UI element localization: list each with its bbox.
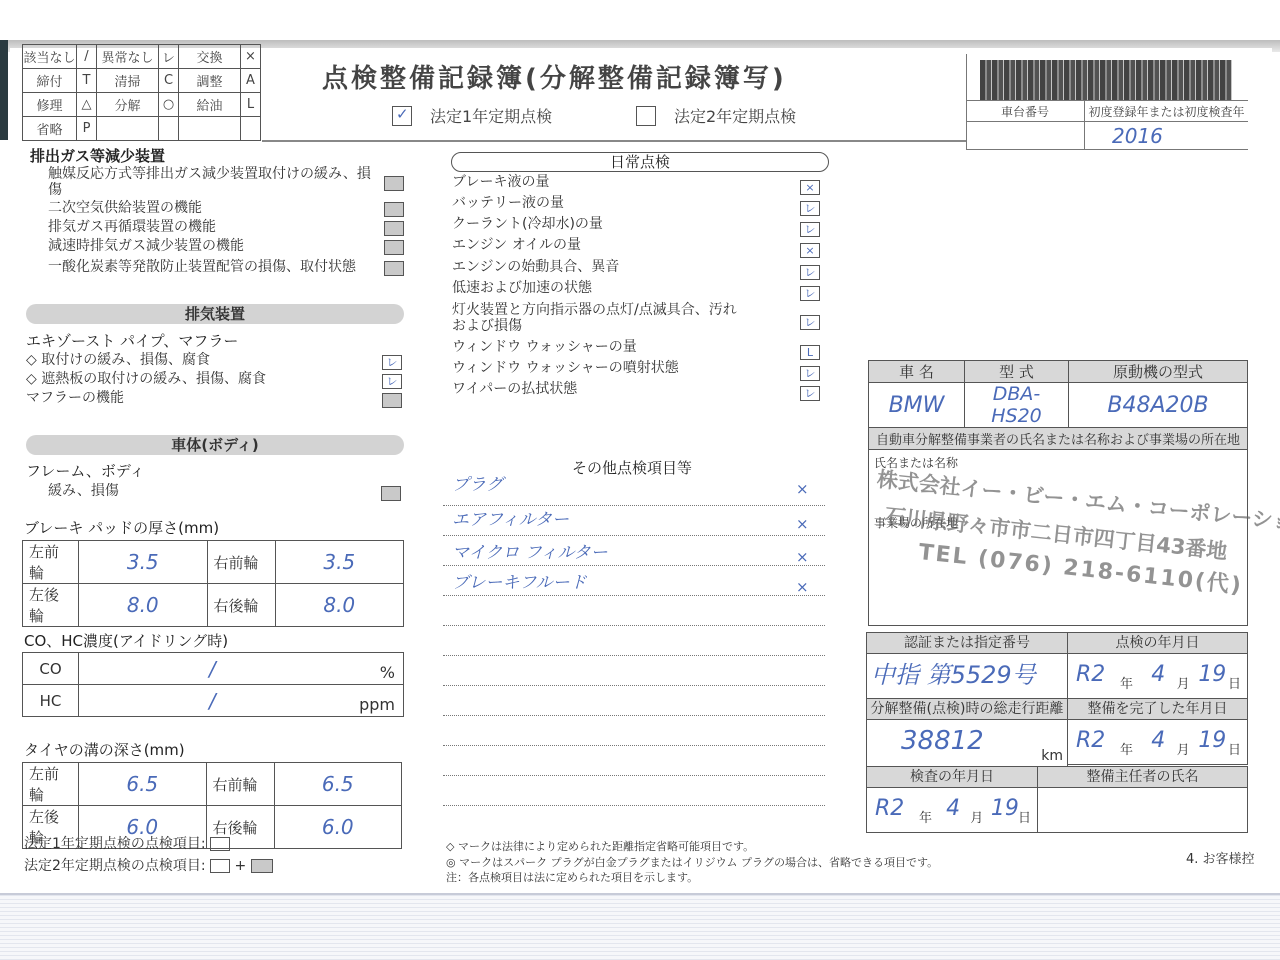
other-item-mark[interactable]: × <box>796 578 809 596</box>
wheel-value[interactable]: 3.5 <box>79 541 208 584</box>
wheel-label: 左前輪 <box>23 763 79 806</box>
other-item-mark[interactable]: × <box>796 548 809 566</box>
complete-date-cell: R2年4月19日 <box>1067 719 1248 765</box>
chassis-number-label: 車台番号 <box>966 100 1084 122</box>
legend-mark: P <box>77 117 97 141</box>
emission-item-box[interactable] <box>384 176 404 191</box>
mileage-value[interactable]: 38812 <box>901 726 984 756</box>
daily-item: ウィンドウ ウォッシャーの量 <box>452 339 637 355</box>
legend-mark: レ <box>159 45 179 69</box>
wheel-value[interactable]: 8.0 <box>79 584 208 627</box>
daily-item-box[interactable]: L <box>800 345 820 360</box>
emission-item-box[interactable] <box>384 221 404 236</box>
divider <box>1084 122 1085 150</box>
wheel-value[interactable]: 6.5 <box>79 763 207 806</box>
wheel-value[interactable]: 6.0 <box>274 806 402 849</box>
footnote: ◎ マークはスパーク プラグが白金プラグまたはイリジウム プラグの場合は、省略で… <box>446 854 938 870</box>
exhaust-sub: エキゾースト パイプ、マフラー <box>26 333 238 349</box>
daily-item: エンジン オイルの量 <box>452 237 581 253</box>
complete-date-label: 整備を完了した年月日 <box>1067 698 1248 720</box>
legend-row: 該当なし/異常なしレ交換× <box>23 45 261 69</box>
daily-item-box[interactable]: レ <box>800 201 820 216</box>
date-era[interactable]: R2 <box>1076 662 1105 687</box>
engine-label: 原動機の型式 <box>1069 361 1248 383</box>
body-item-box[interactable] <box>381 486 401 501</box>
daily-item-box[interactable]: レ <box>800 386 820 401</box>
date-month[interactable]: 4 <box>1151 662 1165 687</box>
other-item[interactable]: エアフィルター <box>452 505 569 530</box>
brake_pad-row: 左後輪8.0右後輪8.0 <box>23 584 404 627</box>
co-hc-heading: CO、HC濃度(アイドリング時) <box>24 630 228 651</box>
legend-mark <box>241 117 261 141</box>
emission-item-box[interactable] <box>384 202 404 217</box>
month-suffix: 月 <box>1177 673 1190 692</box>
day-suffix: 日 <box>1228 739 1241 758</box>
wheel-label: 左後輪 <box>23 584 79 627</box>
emission-heading: 排出ガス等減少装置 <box>30 145 165 166</box>
legend-mark: A <box>241 69 261 93</box>
date-day[interactable]: 19 <box>991 796 1019 821</box>
daily-item: ウィンドウ ウォッシャーの噴射状態 <box>452 360 679 376</box>
legend-row: 省略P <box>23 117 261 141</box>
daily-item: 灯火装置と方向指示器の点灯/点滅具合、汚れおよび損傷 <box>452 302 742 334</box>
model-value: DBA-HS20 <box>965 383 1069 428</box>
emission-item: 触媒反応方式等排出ガス減少装置取付けの緩み、損傷 <box>48 166 378 198</box>
co-hc-row: HC/ppm <box>23 685 404 717</box>
gas-label: HC <box>23 685 79 717</box>
daily-item-box[interactable]: × <box>800 180 820 195</box>
legend-label: 調整 <box>179 69 241 93</box>
type-1year-checkbox[interactable]: ✓ <box>392 106 412 126</box>
dotted-line <box>443 595 825 596</box>
exam-date-label: 検査の年月日 <box>866 766 1038 788</box>
month-suffix: 月 <box>1177 739 1190 758</box>
legend-label: 締付 <box>23 69 77 93</box>
wheel-label: 左前輪 <box>23 541 79 584</box>
daily-item-box[interactable]: レ <box>800 366 820 381</box>
emission-item-box[interactable] <box>384 261 404 276</box>
wheel-value[interactable]: 3.5 <box>275 541 404 584</box>
daily-item: ブレーキ液の量 <box>452 174 549 190</box>
exhaust-item: ◇ 取付けの緩み、損傷、腐食 <box>26 352 210 368</box>
legend-label <box>97 117 159 141</box>
mileage-label: 分解整備(点検)時の総走行距離 <box>866 698 1068 720</box>
daily-item: 低速および加速の状態 <box>452 280 592 296</box>
daily-item-box[interactable]: レ <box>800 286 820 301</box>
date-month[interactable]: 4 <box>1151 728 1165 753</box>
other-item[interactable]: プラグ <box>452 470 503 495</box>
page-title: 点検整備記録簿(分解整備記録簿写) <box>322 58 787 95</box>
header-divider <box>262 140 966 142</box>
copy-label: 4. お客様控 <box>1186 848 1255 867</box>
brake_pad-row: 左前輪3.5右前輪3.5 <box>23 541 404 584</box>
cert-value: 中指 第5529号 <box>866 653 1068 699</box>
tire-row: 左前輪6.5右前輪6.5 <box>23 763 402 806</box>
legend-mark: T <box>77 69 97 93</box>
footnote: 注：各点検項目は法に定められた項目を示します。 <box>446 869 698 885</box>
mark-legend-table: 該当なし/異常なしレ交換×締付T清掃C調整A修理△分解○給油L省略P <box>22 44 261 141</box>
other-item-mark[interactable]: × <box>796 480 809 498</box>
wheel-label: 右前輪 <box>207 541 275 584</box>
other-item[interactable]: マイクロ フィルター <box>452 538 608 563</box>
legend-label: 省略 <box>23 117 77 141</box>
emission-item: 排気ガス再循環装置の機能 <box>48 219 216 235</box>
gas-unit: ppm <box>359 695 395 714</box>
vehicle-name-label: 車 名 <box>869 361 965 383</box>
body-heading: 車体(ボディ) <box>26 435 404 455</box>
gas-value: / <box>209 689 216 713</box>
dotted-line <box>443 655 825 656</box>
dotted-line <box>443 685 825 686</box>
tire-heading: タイヤの溝の深さ(mm) <box>24 739 185 760</box>
inspect-date-cell: R2年4月19日 <box>1067 653 1248 699</box>
gas-value-cell[interactable]: /% <box>79 653 404 685</box>
exhaust-item: マフラーの機能 <box>26 390 124 406</box>
dotted-line <box>443 715 825 716</box>
legend-row: 修理△分解○給油L <box>23 93 261 117</box>
dotted-line <box>443 535 825 536</box>
daily-item-box[interactable]: レ <box>800 315 820 330</box>
date-day[interactable]: 19 <box>1198 728 1226 753</box>
legend-label: 修理 <box>23 93 77 117</box>
vehicle-name-value: BMW <box>869 383 965 428</box>
gas-value-cell[interactable]: /ppm <box>79 685 404 717</box>
date-era[interactable]: R2 <box>875 796 904 821</box>
type-1year-label: 法定1年定期点検 <box>430 104 552 127</box>
legend-label <box>179 117 241 141</box>
type-2year[interactable]: 法定2年定期点検 <box>636 104 796 127</box>
date-era[interactable]: R2 <box>1076 728 1105 753</box>
legend-label: 給油 <box>179 93 241 117</box>
daily-item: クーラント(冷却水)の量 <box>452 216 603 232</box>
white-box-icon <box>210 837 230 851</box>
legend-mark: △ <box>77 93 97 117</box>
legend-mark: L <box>241 93 261 117</box>
daily-item: ワイパーの払拭状態 <box>452 381 577 397</box>
first-registration-value: 2016 <box>1112 124 1163 148</box>
chief-value <box>1037 787 1248 833</box>
legend-mark: × <box>241 45 261 69</box>
type-2year-checkbox[interactable] <box>636 106 656 126</box>
footnote: ◇ マークは法律により定められた距離指定省略可能項目です。 <box>446 838 754 854</box>
first-registration-label: 初度登録年または初度検査年 <box>1084 100 1248 122</box>
emission-item: 二次空気供給装置の機能 <box>48 200 202 216</box>
model-label: 型 式 <box>965 361 1069 383</box>
body-sub: フレーム、ボディ <box>26 463 145 479</box>
day-suffix: 日 <box>1018 807 1031 826</box>
year-suffix: 年 <box>1120 739 1133 758</box>
year-suffix: 年 <box>1120 673 1133 692</box>
month-suffix: 月 <box>970 807 983 826</box>
gas-label: CO <box>23 653 79 685</box>
dotted-line <box>443 505 825 506</box>
emission-item: 一酸化炭素等発散防止装置配管の損傷、取付状態 <box>48 259 356 275</box>
scan-bottom-noise <box>0 895 1280 960</box>
type-2year-label: 法定2年定期点検 <box>674 104 796 127</box>
exam-date-cell: R2年4月19日 <box>866 787 1038 833</box>
dotted-line <box>443 625 825 626</box>
other-heading: その他点検項目等 <box>572 457 692 478</box>
white-box-icon <box>210 859 230 873</box>
daily-item-box[interactable]: レ <box>800 265 820 280</box>
year-suffix: 年 <box>919 807 932 826</box>
redacted-registration <box>980 60 1232 100</box>
dotted-line <box>443 745 825 746</box>
dotted-line <box>443 805 825 806</box>
wheel-label: 右前輪 <box>206 763 274 806</box>
legend-label: 該当なし <box>23 45 77 69</box>
date-month[interactable]: 4 <box>946 796 960 821</box>
divider <box>966 149 1248 150</box>
emission-item-box[interactable] <box>384 240 404 255</box>
wheel-value[interactable]: 6.5 <box>274 763 402 806</box>
body-item: 緩み、損傷 <box>48 483 119 499</box>
chief-label: 整備主任者の氏名 <box>1037 766 1248 788</box>
dotted-line <box>443 775 825 776</box>
wheel-label: 右後輪 <box>207 584 275 627</box>
key-two-year: 法定2年定期点検の点検項目: + <box>24 858 273 874</box>
day-suffix: 日 <box>1228 673 1241 692</box>
brake-pad-heading: ブレーキ パッドの厚さ(mm) <box>24 517 219 538</box>
exhaust-heading: 排気装置 <box>26 304 404 324</box>
exhaust-item-box[interactable]: レ <box>382 374 402 389</box>
inspect-date-label: 点検の年月日 <box>1067 632 1248 654</box>
legend-label: 清掃 <box>97 69 159 93</box>
gas-value: / <box>209 657 216 681</box>
daily-item: バッテリー液の量 <box>452 195 564 211</box>
other-item[interactable]: ブレーキフルード <box>452 568 587 593</box>
legend-mark: ○ <box>159 93 179 117</box>
brake-pad-table: 左前輪3.5右前輪3.5左後輪8.0右後輪8.0 <box>22 540 404 627</box>
wheel-value[interactable]: 8.0 <box>275 584 404 627</box>
daily-item: エンジンの始動具合、異音 <box>452 259 619 275</box>
daily-item-box[interactable]: レ <box>800 222 820 237</box>
legend-mark <box>159 117 179 141</box>
legend-label: 交換 <box>179 45 241 69</box>
legend-label: 異常なし <box>97 45 159 69</box>
grey-box-icon <box>251 859 273 873</box>
co-hc-table: CO/%HC/ppm <box>22 652 404 717</box>
key-one-year: 法定1年定期点検の点検項目: <box>24 836 230 852</box>
business-heading: 自動車分解整備事業者の氏名または名称および事業場の所在地 <box>869 428 1248 450</box>
co-hc-row: CO/% <box>23 653 404 685</box>
engine-value: B48A20B <box>1069 383 1248 428</box>
date-day[interactable]: 19 <box>1198 662 1226 687</box>
legend-mark: C <box>159 69 179 93</box>
scan-left-edge <box>0 40 8 140</box>
type-1year[interactable]: ✓ 法定1年定期点検 <box>392 104 552 127</box>
mileage-cell: 38812km <box>866 719 1068 767</box>
gas-unit: % <box>380 663 395 682</box>
legend-label: 分解 <box>97 93 159 117</box>
exhaust-item: ◇ 遮熱板の取付けの緩み、損傷、腐食 <box>26 371 266 387</box>
emission-item: 減速時排気ガス減少装置の機能 <box>48 238 244 254</box>
other-item-mark[interactable]: × <box>796 515 809 533</box>
exhaust-item-box[interactable]: レ <box>382 355 402 370</box>
cert-label: 認証または指定番号 <box>866 632 1068 654</box>
mileage-unit: km <box>1041 748 1063 764</box>
daily-heading: 日常点検 <box>451 152 829 172</box>
legend-mark: / <box>77 45 97 69</box>
dotted-line <box>443 565 825 566</box>
exhaust-item-box[interactable] <box>382 393 402 408</box>
daily-item-box[interactable]: × <box>800 243 820 258</box>
legend-row: 締付T清掃C調整A <box>23 69 261 93</box>
